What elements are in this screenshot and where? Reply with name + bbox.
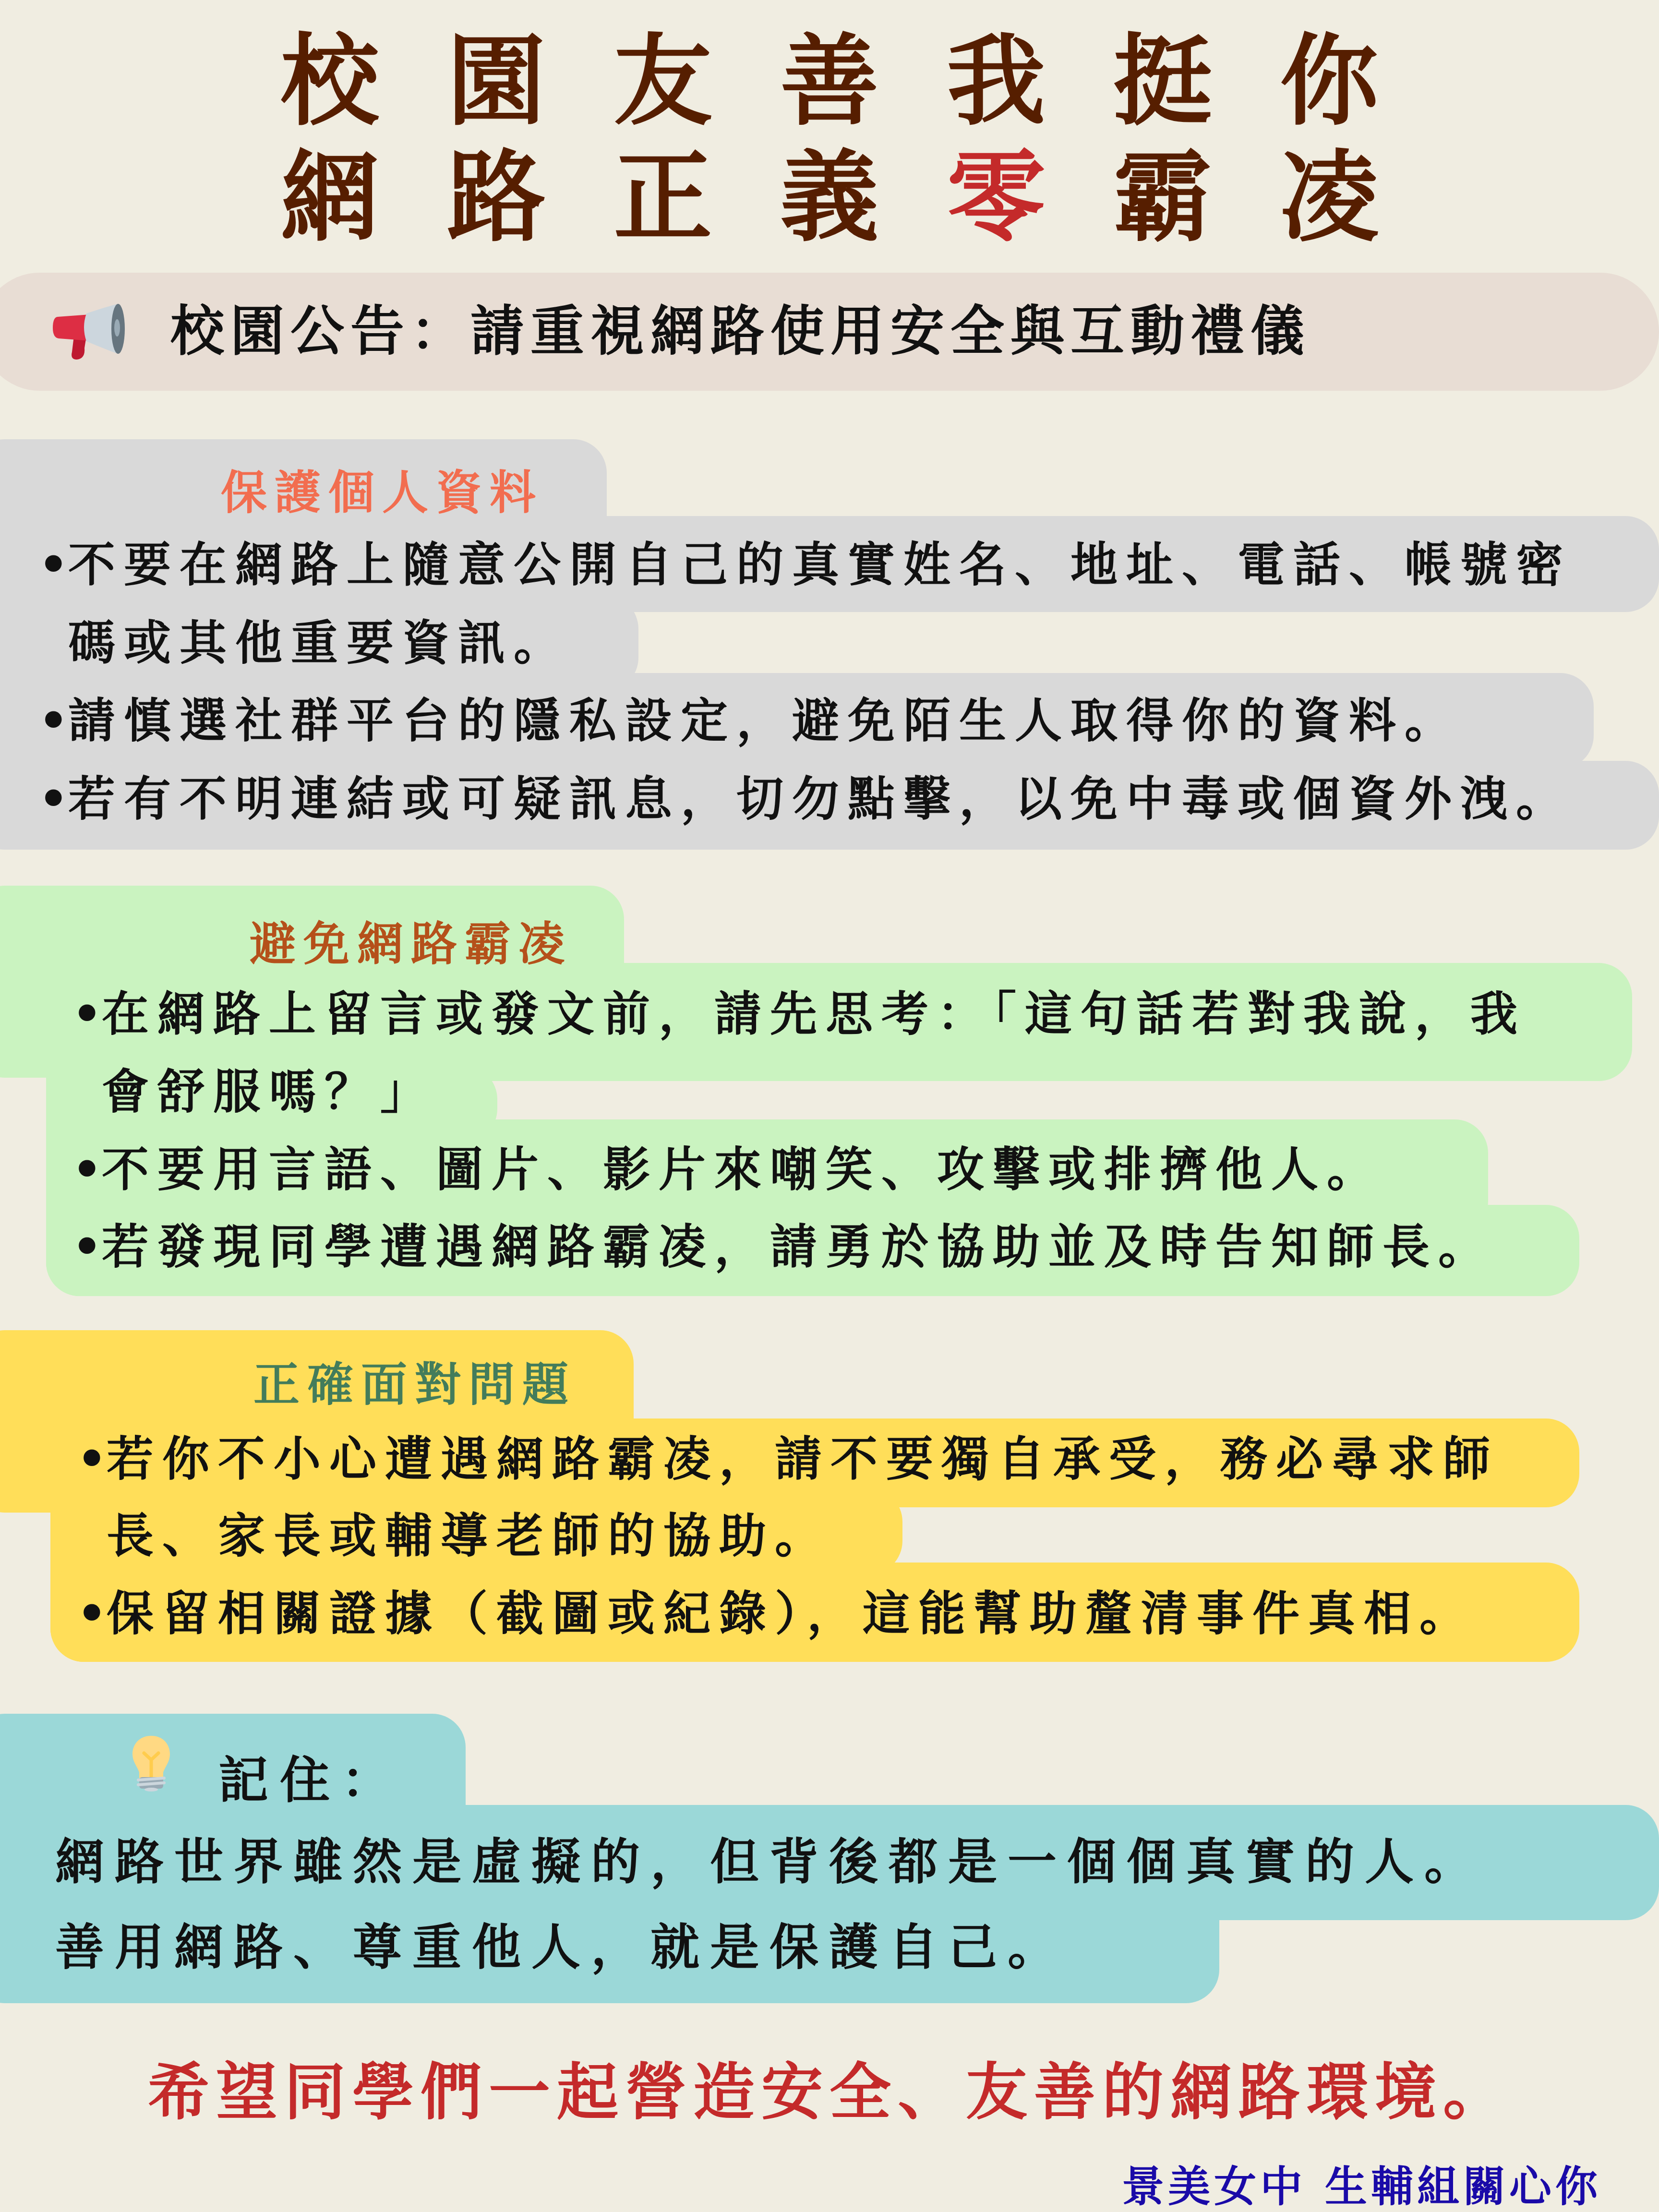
bullet-dot: •: [38, 534, 68, 596]
bullet-item: •若發現同學遭遇網路霸凌，請勇於協助並及時告知師長。: [72, 1216, 1494, 1278]
bullet-dot: •: [72, 1139, 102, 1201]
bullet-item: •請慎選社群平台的隱私設定，避免陌生人取得你的資料。: [38, 690, 1460, 752]
remember-line: 善用網路、尊重他人，就是保護自己。: [55, 1917, 1067, 1979]
bullet-item: •不要用言語、圖片、影片來嘲笑、攻擊或排擠他人。: [72, 1139, 1382, 1201]
bullet-text: 保留相關證據（截圖或紀錄），這能幫助釐清事件真相。: [107, 1587, 1475, 1641]
bullet-text: 不要用言語、圖片、影片來嘲笑、攻擊或排擠他人。: [102, 1142, 1382, 1197]
poster-title-line-1: 校園友善我挺你: [0, 24, 1659, 139]
section-title: 避免網路霸凌: [250, 907, 572, 973]
footer-caption: 景美女中 生輔組關心你: [1122, 2160, 1601, 2212]
bullet-text: 若你不小心遭遇網路霸凌，請不要獨自承受，務必尋求師: [107, 1432, 1499, 1487]
bullet-item: •若有不明連結或可疑訊息，切勿點擊，以免中毒或個資外洩。: [38, 768, 1572, 830]
bullet-dot: •: [72, 1216, 102, 1278]
bullet-item: •保留相關證據（截圖或紀錄），這能幫助釐清事件真相。: [77, 1583, 1475, 1645]
section-title: 正確面對問題: [253, 1348, 576, 1414]
bullet-dot: •: [77, 1428, 107, 1491]
bullet-item: •若你不小心遭遇網路霸凌，請不要獨自承受，務必尋求師: [77, 1428, 1499, 1491]
title-accent-zero: 零: [947, 141, 1114, 255]
bullet-text: 請慎選社群平台的隱私設定，避免陌生人取得你的資料。: [68, 694, 1460, 748]
section-title: 保護個人資料: [221, 456, 543, 522]
lightbulb-icon: [130, 1734, 173, 1791]
bullet-dot: •: [38, 768, 68, 830]
title-line-2-start: 網路正義: [281, 141, 947, 255]
announcement-text: 校園公告：請重視網路使用安全與互動禮儀: [170, 273, 1310, 391]
section-title: 記住：: [218, 1740, 403, 1812]
bullet-text: 在網路上留言或發文前，請先思考：「這句話若對我說，我: [102, 987, 1526, 1042]
bullet-dot: •: [72, 983, 102, 1046]
bullet-continuation: 長、家長或輔導老師的協助。: [107, 1505, 830, 1567]
remember-line: 網路世界雖然是虛擬的，但背後都是一個個真實的人。: [55, 1831, 1484, 1894]
bullet-text: 不要在網路上隨意公開自己的真實姓名、地址、電話、帳號密: [68, 538, 1572, 592]
title-line-2-end: 霸凌: [1114, 141, 1447, 255]
bullet-continuation: 碼或其他重要資訊。: [68, 612, 569, 674]
poster-title-line-2: 網路正義零霸凌: [0, 140, 1659, 255]
bullet-dot: •: [77, 1583, 107, 1645]
bullet-text: 若發現同學遭遇網路霸凌，請勇於協助並及時告知師長。: [102, 1220, 1494, 1274]
bullet-dot: •: [38, 690, 68, 752]
closing-message: 希望同學們一起營造安全、友善的網路環境。: [0, 2055, 1659, 2131]
megaphone-icon: [52, 300, 129, 365]
bullet-item: •在網路上留言或發文前，請先思考：「這句話若對我說，我: [72, 983, 1526, 1046]
bullet-continuation: 會舒服嗎？」: [102, 1061, 436, 1123]
bullet-text: 若有不明連結或可疑訊息，切勿點擊，以免中毒或個資外洩。: [68, 772, 1572, 827]
bullet-item: •不要在網路上隨意公開自己的真實姓名、地址、電話、帳號密: [38, 534, 1572, 596]
